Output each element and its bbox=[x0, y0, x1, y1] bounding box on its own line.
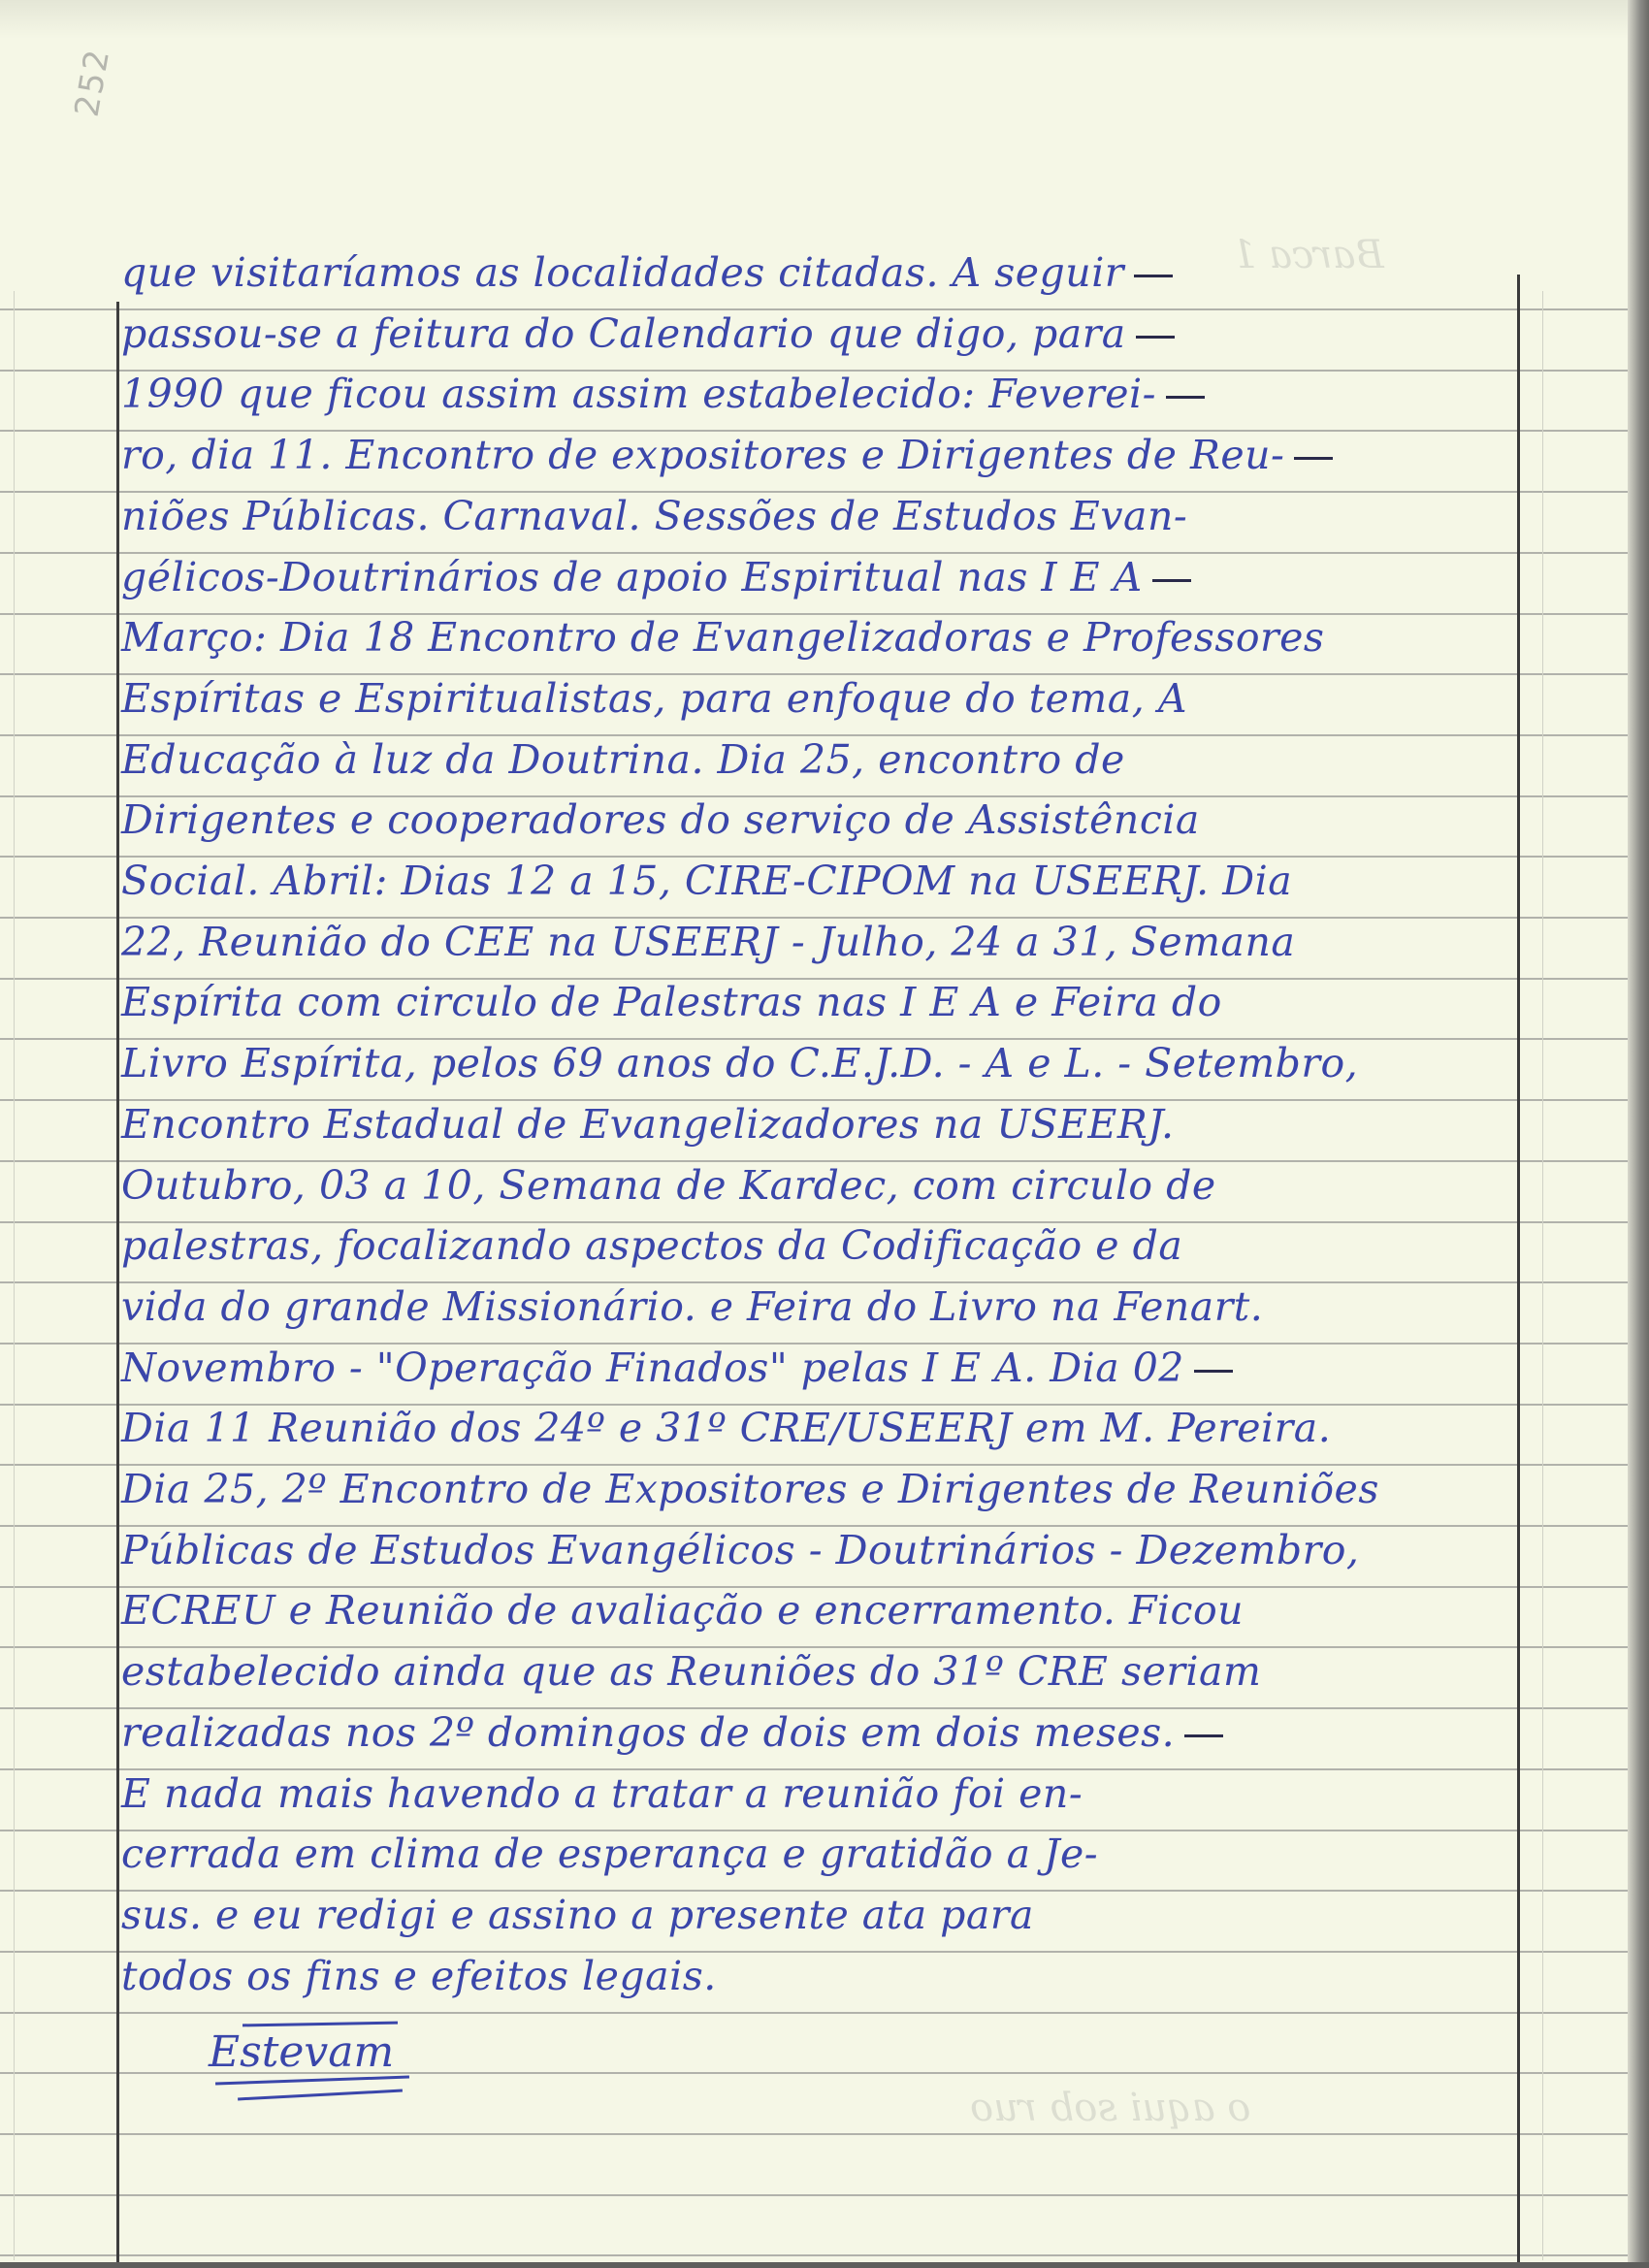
handwritten-line: Março: Dia 18 Encontro de Evangelizadora… bbox=[121, 607, 1324, 667]
line-text: Dirigentes e cooperadores do serviço de … bbox=[121, 796, 1200, 843]
line-text: Social. Abril: Dias 12 a 15, CIRE-CIPOM … bbox=[121, 858, 1292, 904]
signature: Estevam bbox=[209, 2027, 394, 2077]
scan-edge-shadow bbox=[1628, 0, 1649, 2268]
line-text: Livro Espírita, pelos 69 anos do C.E.J.D… bbox=[121, 1040, 1358, 1086]
line-text: Espíritas e Espiritualistas, para enfoqu… bbox=[121, 675, 1187, 722]
handwritten-line: Dia 11 Reunião dos 24º e 31º CRE/USEERJ … bbox=[121, 1398, 1331, 1458]
handwritten-line: Encontro Estadual de Evangelizadores na … bbox=[121, 1094, 1174, 1154]
handwritten-line: cerrada em clima de esperança e gratidão… bbox=[121, 1824, 1098, 1884]
line-text: que visitaríamos as localidades citadas.… bbox=[121, 249, 1124, 296]
handwritten-line: Espírita com circulo de Palestras nas I … bbox=[121, 972, 1222, 1032]
line-text: Março: Dia 18 Encontro de Evangelizadora… bbox=[121, 614, 1324, 661]
ruled-line bbox=[0, 2194, 1630, 2196]
line-text: Públicas de Estudos Evangélicos - Doutri… bbox=[121, 1527, 1359, 1573]
handwritten-line: 1990 que ficou assim assim estabelecido:… bbox=[121, 364, 1205, 424]
line-text: ECREU e Reunião de avaliação e encerrame… bbox=[121, 1587, 1244, 1634]
line-text: Novembro - "Operação Finados" pelas I E … bbox=[121, 1345, 1184, 1391]
handwritten-line: todos os fins e efeitos legais. bbox=[121, 1946, 717, 2006]
line-text: vida do grande Missionário. e Feira do L… bbox=[121, 1283, 1263, 1330]
line-text: cerrada em clima de esperança e gratidão… bbox=[121, 1831, 1098, 1877]
handwritten-line: palestras, focalizando aspectos da Codif… bbox=[121, 1215, 1182, 1276]
line-fill-dash bbox=[1166, 396, 1205, 399]
line-text: Encontro Estadual de Evangelizadores na … bbox=[121, 1101, 1174, 1148]
line-text: Educação à luz da Doutrina. Dia 25, enco… bbox=[121, 736, 1125, 783]
handwritten-line: ECREU e Reunião de avaliação e encerrame… bbox=[121, 1580, 1244, 1640]
handwritten-line: sus. e eu redigi e assino a presente ata… bbox=[121, 1885, 1034, 1945]
line-fill-dash bbox=[1194, 1370, 1233, 1373]
ruled-line bbox=[0, 2133, 1630, 2135]
line-text: 22, Reunião do CEE na USEERJ - Julho, 24… bbox=[121, 919, 1295, 965]
handwritten-line: Outubro, 03 a 10, Semana de Kardec, com … bbox=[121, 1155, 1216, 1215]
handwritten-line: Novembro - "Operação Finados" pelas I E … bbox=[121, 1338, 1233, 1398]
handwritten-line: Dirigentes e cooperadores do serviço de … bbox=[121, 790, 1200, 850]
handwritten-line: gélicos-Doutrinários de apoio Espiritual… bbox=[121, 547, 1191, 607]
bleed-through-text: o aqui sob ruo bbox=[970, 2086, 1250, 2130]
line-fill-dash bbox=[1152, 579, 1191, 582]
handwritten-line: estabelecido ainda que as Reuniões do 31… bbox=[121, 1641, 1261, 1701]
handwritten-line: Públicas de Estudos Evangélicos - Doutri… bbox=[121, 1520, 1359, 1580]
line-text: ro, dia 11. Encontro de expositores e Di… bbox=[121, 432, 1284, 478]
line-fill-dash bbox=[1134, 275, 1173, 277]
ruled-line bbox=[0, 2012, 1630, 2014]
handwritten-line: Livro Espírita, pelos 69 anos do C.E.J.D… bbox=[121, 1033, 1358, 1093]
line-text: gélicos-Doutrinários de apoio Espiritual… bbox=[121, 554, 1143, 600]
handwritten-line: 22, Reunião do CEE na USEERJ - Julho, 24… bbox=[121, 912, 1295, 972]
faint-guide-line bbox=[1542, 291, 1543, 2260]
handwritten-line: realizadas nos 2º domingos de dois em do… bbox=[121, 1702, 1223, 1763]
line-fill-dash bbox=[1184, 1734, 1223, 1737]
handwritten-line: ro, dia 11. Encontro de expositores e Di… bbox=[121, 425, 1333, 485]
scan-bottom-edge bbox=[0, 2262, 1649, 2268]
bleed-through-text: Barca 1 bbox=[1232, 233, 1384, 277]
faint-guide-line bbox=[14, 291, 15, 2260]
handwritten-line: Social. Abril: Dias 12 a 15, CIRE-CIPOM … bbox=[121, 851, 1292, 911]
line-text: 1990 que ficou assim assim estabelecido:… bbox=[121, 371, 1156, 417]
handwritten-line: E nada mais havendo a tratar a reunião f… bbox=[121, 1764, 1083, 1824]
handwritten-line: passou-se a feitura do Calendario que di… bbox=[121, 304, 1175, 364]
handwritten-line: Dia 25, 2º Encontro de Expositores e Dir… bbox=[121, 1459, 1379, 1519]
line-text: Outubro, 03 a 10, Semana de Kardec, com … bbox=[121, 1162, 1216, 1209]
handwritten-line: vida do grande Missionário. e Feira do L… bbox=[121, 1277, 1263, 1337]
line-text: Espírita com circulo de Palestras nas I … bbox=[121, 979, 1222, 1025]
handwritten-line: que visitaríamos as localidades citadas.… bbox=[121, 243, 1173, 303]
handwritten-line: niões Públicas. Carnaval. Sessões de Est… bbox=[121, 486, 1187, 546]
line-text: niões Públicas. Carnaval. Sessões de Est… bbox=[121, 493, 1187, 539]
line-text: Dia 11 Reunião dos 24º e 31º CRE/USEERJ … bbox=[121, 1405, 1331, 1451]
line-fill-dash bbox=[1294, 457, 1333, 460]
line-text: Dia 25, 2º Encontro de Expositores e Dir… bbox=[121, 1466, 1379, 1512]
right-margin-line bbox=[1517, 275, 1520, 2263]
handwritten-line: Educação à luz da Doutrina. Dia 25, enco… bbox=[121, 729, 1125, 790]
line-text: estabelecido ainda que as Reuniões do 31… bbox=[121, 1648, 1261, 1695]
line-text: realizadas nos 2º domingos de dois em do… bbox=[121, 1709, 1175, 1756]
line-text: sus. e eu redigi e assino a presente ata… bbox=[121, 1892, 1034, 1938]
handwritten-line: Espíritas e Espiritualistas, para enfoqu… bbox=[121, 668, 1187, 729]
line-text: E nada mais havendo a tratar a reunião f… bbox=[121, 1770, 1083, 1817]
left-margin-line bbox=[116, 302, 119, 2263]
line-text: todos os fins e efeitos legais. bbox=[121, 1953, 717, 1999]
ruled-line bbox=[0, 2254, 1630, 2256]
line-text: passou-se a feitura do Calendario que di… bbox=[121, 310, 1126, 357]
line-fill-dash bbox=[1136, 336, 1175, 339]
line-text: palestras, focalizando aspectos da Codif… bbox=[121, 1222, 1182, 1269]
